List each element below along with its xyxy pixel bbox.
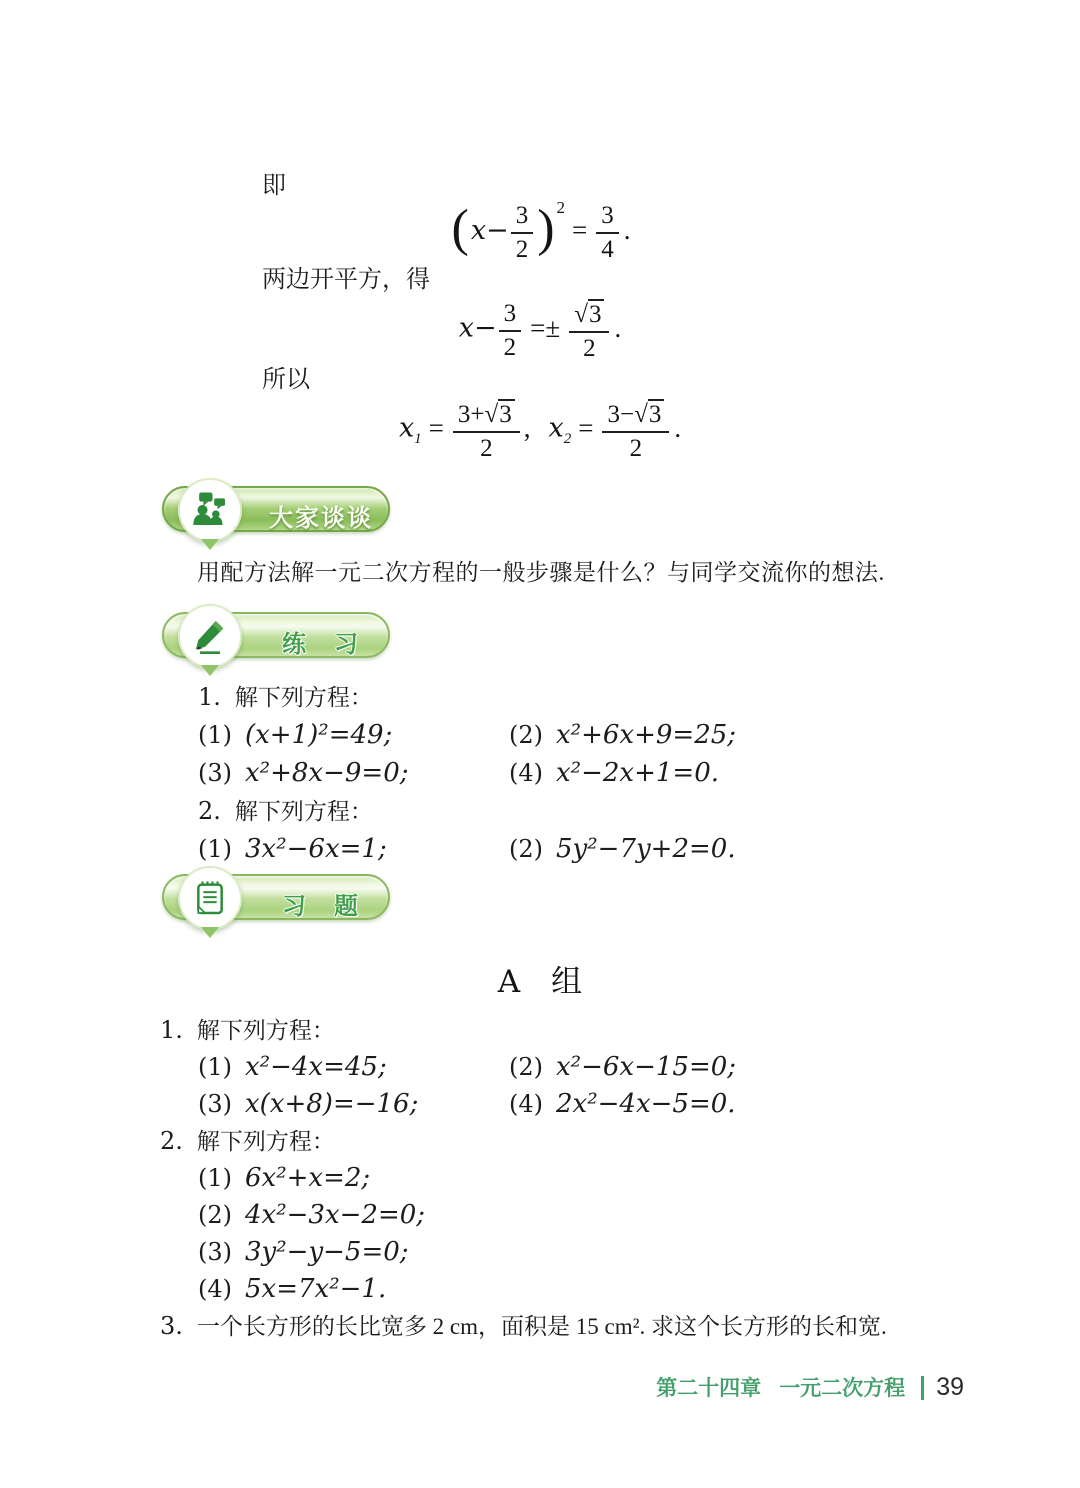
page-footer: 第二十四章一元二次方程39 [656, 1372, 964, 1402]
denominator: 2 [602, 433, 669, 463]
list-item: 2.解下列方程： [160, 792, 940, 830]
problem-equation: x²+6x+9=25; [556, 720, 736, 750]
exercises-badge: 习 题 [160, 866, 392, 940]
problem-label: (3) [198, 1238, 232, 1266]
list-item: 1.解下列方程： [160, 1012, 940, 1049]
problem-label: (2) [509, 721, 543, 749]
problem-label: (4) [509, 1090, 543, 1118]
comma-separator: , [524, 413, 531, 443]
badge-label: 练 习 [262, 622, 380, 668]
item-text: 解下列方程： [197, 1129, 335, 1154]
arrow-down-icon [201, 665, 219, 676]
equals-sign: = [572, 215, 587, 245]
numerator-text: 3+ [458, 401, 485, 428]
list-item: (1)6x²+x=2; [160, 1160, 940, 1197]
left-paren: ( [452, 206, 469, 253]
solution1-variable: x [399, 413, 414, 444]
exercises-list: 1.解下列方程： (1)x²−4x=45; (2)x²−6x−15=0; (3)… [160, 1012, 940, 1345]
item-text: 解下列方程： [235, 799, 373, 824]
problem-label: (2) [198, 1201, 232, 1229]
denominator: 2 [499, 332, 522, 362]
problem-equation: 5y²−7y+2=0. [556, 834, 736, 864]
radicand: 3 [648, 399, 665, 429]
badge-label: 习 题 [262, 884, 380, 930]
item-number: 3. [160, 1312, 183, 1340]
numerator: √3 [569, 298, 609, 333]
problem-equation: 2x²−4x−5=0. [556, 1089, 736, 1119]
arrow-down-icon [201, 927, 219, 938]
numerator-text: 3− [607, 401, 634, 428]
badge-circle [178, 866, 242, 930]
problem-label: (1) [198, 1053, 232, 1081]
period: . [674, 413, 681, 443]
people-chat-icon [190, 490, 230, 530]
item-text: 解下列方程： [197, 1018, 335, 1043]
fraction-solution1: 3+√32 [453, 398, 520, 463]
badge-label: 大家谈谈 [262, 496, 380, 542]
problem-equation: x(x+8)=−16; [245, 1089, 418, 1119]
problem-label: (2) [509, 835, 543, 863]
derivation-lead-2: 两边开平方，得 [262, 266, 430, 294]
problem-equation: 3y²−y−5=0; [245, 1237, 409, 1267]
equation-solutions: x1=3+√32,x2=3−√32. [0, 398, 1080, 463]
item-number: 2. [160, 1127, 183, 1155]
item-number: 1. [160, 1016, 183, 1044]
equals-sign: = [578, 413, 593, 443]
solution2-variable: x [549, 413, 564, 444]
item-text: 一个长方形的长比宽多 2 cm，面积是 15 cm². 求这个长方形的长和宽. [197, 1314, 887, 1339]
list-item: (2)4x²−3x−2=0; [160, 1197, 940, 1234]
problem-label: (1) [198, 721, 232, 749]
denominator: 4 [596, 234, 619, 264]
problem-equation: x²+8x−9=0; [245, 758, 409, 788]
problem-label: (1) [198, 1164, 232, 1192]
group-a-heading: A 组 [0, 956, 1080, 1001]
problem-label: (3) [198, 1090, 232, 1118]
denominator: 2 [511, 234, 534, 264]
radical-sign: √ [574, 301, 588, 328]
textbook-page: 即 (x−32)2=34. 两边开平方，得 x−32=±√32. 所以 x1=3… [0, 0, 1080, 1488]
fraction-3-4: 34 [596, 201, 619, 264]
period: . [624, 215, 631, 245]
problem-equation: (x+1)²=49; [245, 720, 392, 750]
problem-label: (4) [198, 1275, 232, 1303]
footer-section-title: 一元二次方程 [779, 1377, 905, 1400]
numerator: 3 [499, 299, 522, 332]
numerator: 3 [596, 201, 619, 234]
denominator: 2 [453, 433, 520, 463]
practice-list: 1.解下列方程： (1)(x+1)²=49; (2)x²+6x+9=25; (3… [160, 678, 940, 868]
practice-badge: 练 习 [160, 604, 392, 678]
list-item: 1.解下列方程： [160, 678, 940, 716]
equals-plusminus-sign: =± [530, 313, 560, 343]
pencil-icon [190, 616, 230, 656]
list-item: (3)3y²−y−5=0; [160, 1234, 940, 1271]
subscript-2: 2 [564, 431, 572, 447]
equals-sign: = [429, 413, 444, 443]
problem-equation: 4x²−3x−2=0; [245, 1200, 425, 1230]
derivation-lead-3: 所以 [262, 366, 310, 394]
page-number: 39 [936, 1373, 964, 1401]
item-number: 1. [198, 683, 221, 711]
fraction-3-2: 32 [499, 299, 522, 362]
footer-chapter: 第二十四章 [656, 1377, 761, 1400]
fraction-3-2: 32 [511, 201, 534, 264]
notebook-icon [190, 878, 230, 918]
numerator: 3 [511, 201, 534, 234]
radical-sign: √ [634, 401, 648, 428]
problem-equation: 6x²+x=2; [245, 1163, 370, 1193]
fraction-solution2: 3−√32 [602, 398, 669, 463]
problem-label: (2) [509, 1053, 543, 1081]
badge-circle [178, 478, 242, 542]
right-paren: ) [537, 206, 554, 253]
discuss-question-text: 用配方法解一元二次方程的一般步骤是什么？与同学交流你的想法. [197, 558, 885, 588]
fraction-sqrt3-2: √32 [569, 298, 609, 363]
problem-equation: x²−6x−15=0; [556, 1052, 736, 1082]
radicand: 3 [498, 399, 515, 429]
problem-equation: 3x²−6x=1; [245, 834, 387, 864]
list-item: (1)(x+1)²=49; (2)x²+6x+9=25; [160, 716, 940, 754]
list-item: (3)x²+8x−9=0; (4)x²−2x+1=0. [160, 754, 940, 792]
problem-label: (3) [198, 759, 232, 787]
list-item: (1)x²−4x=45; (2)x²−6x−15=0; [160, 1049, 940, 1086]
derivation-lead-1: 即 [262, 172, 286, 200]
list-item: (4)5x=7x²−1. [160, 1271, 940, 1308]
problem-label: (1) [198, 835, 232, 863]
item-number: 2. [198, 797, 221, 825]
list-item: 3.一个长方形的长比宽多 2 cm，面积是 15 cm². 求这个长方形的长和宽… [160, 1308, 940, 1345]
list-item: (1)3x²−6x=1; (2)5y²−7y+2=0. [160, 830, 940, 868]
subscript-1: 1 [414, 431, 422, 447]
eq2-variable: x− [459, 313, 497, 344]
arrow-down-icon [201, 539, 219, 550]
equation-square-root: x−32=±√32. [0, 298, 1080, 363]
problem-label: (4) [509, 759, 543, 787]
badge-circle [178, 604, 242, 668]
period: . [614, 313, 621, 343]
discuss-badge: 大家谈谈 [160, 478, 392, 552]
equation-completed-square: (x−32)2=34. [0, 198, 1080, 264]
item-text: 解下列方程： [235, 685, 373, 710]
problem-equation: x²−2x+1=0. [556, 758, 719, 788]
denominator: 2 [569, 333, 609, 363]
list-item: 2.解下列方程： [160, 1123, 940, 1160]
exponent: 2 [557, 198, 566, 217]
radicand: 3 [588, 299, 605, 329]
eq1-variable: x− [471, 215, 509, 246]
radical-sign: √ [485, 401, 499, 428]
numerator: 3+√3 [453, 398, 520, 433]
footer-divider [921, 1376, 924, 1400]
list-item: (3)x(x+8)=−16; (4)2x²−4x−5=0. [160, 1086, 940, 1123]
problem-equation: x²−4x=45; [245, 1052, 387, 1082]
numerator: 3−√3 [602, 398, 669, 433]
problem-equation: 5x=7x²−1. [245, 1274, 386, 1304]
